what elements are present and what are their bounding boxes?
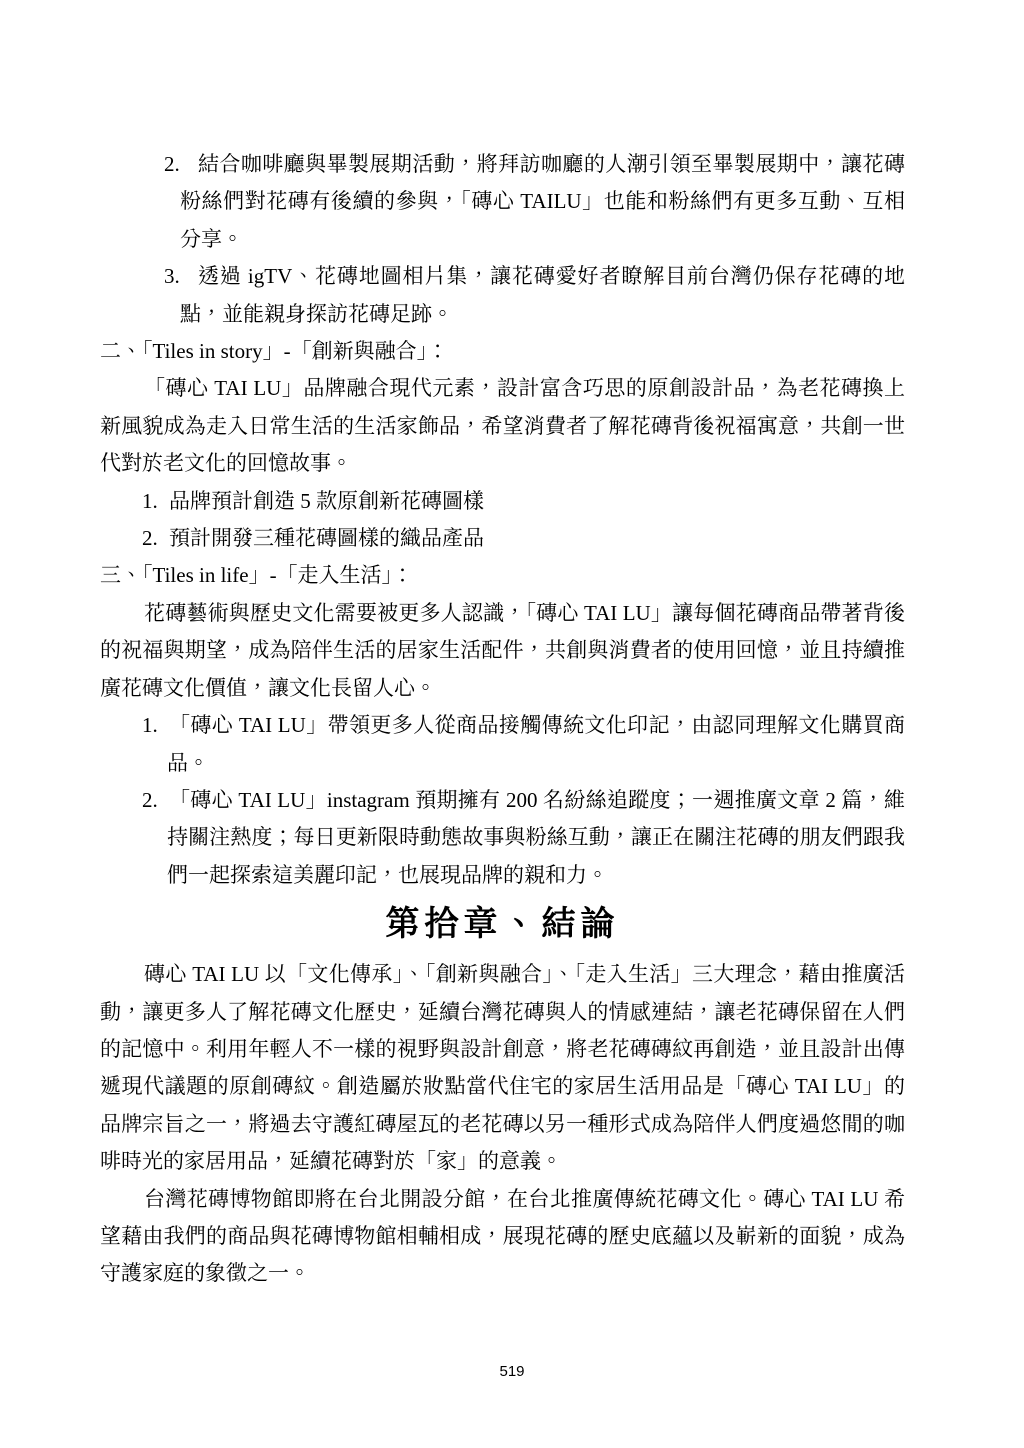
conclusion-paragraph: 磚心 TAI LU 以「文化傳承」、「創新與融合」、「走入生活」三大理念，藉由推… [100,956,905,1180]
section-story-paragraph: 「磚心 TAI LU」品牌融合現代元素，設計富含巧思的原創設計品，為老花磚換上新… [100,370,905,482]
list-item-number: 1. [142,707,158,744]
list-item-number: 3. [164,258,180,295]
list-item: 2. 結合咖啡廳與畢製展期活動，將拜訪咖廳的人潮引領至畢製展期中，讓花磚粉絲們對… [180,146,905,258]
list-item-text: 結合咖啡廳與畢製展期活動，將拜訪咖廳的人潮引領至畢製展期中，讓花磚粉絲們對花磚有… [180,146,905,258]
list-item-text: 透過 igTV、花磚地圖相片集，讓花磚愛好者瞭解目前台灣仍保存花磚的地點，並能親… [180,258,905,333]
list-item-number: 1. [142,483,158,520]
list-item-number: 2. [142,782,158,819]
list-item-number: 2. [142,520,158,557]
list-item: 3. 透過 igTV、花磚地圖相片集，讓花磚愛好者瞭解目前台灣仍保存花磚的地點，… [180,258,905,333]
section-heading-tiles-in-life: 三、「Tiles in life」-「走入生活」： [100,557,905,594]
conclusion-paragraph: 台灣花磚博物館即將在台北開設分館，在台北推廣傳統花磚文化。磚心 TAI LU 希… [100,1181,905,1293]
list-item: 1. 「磚心 TAI LU」帶領更多人從商品接觸傳統文化印記，由認同理解文化購買… [167,707,905,782]
list-item: 2. 預計開發三種花磚圖樣的織品產品 [167,520,905,557]
section-heading-tiles-in-story: 二、「Tiles in story」-「創新與融合」： [100,333,905,370]
document-content: 2. 結合咖啡廳與畢製展期活動，將拜訪咖廳的人潮引領至畢製展期中，讓花磚粉絲們對… [100,146,905,1293]
list-item-text: 「磚心 TAI LU」帶領更多人從商品接觸傳統文化印記，由認同理解文化購買商品。 [167,707,905,782]
list-item: 1. 品牌預計創造 5 款原創新花磚圖樣 [167,483,905,520]
document-page: 2. 結合咖啡廳與畢製展期活動，將拜訪咖廳的人潮引領至畢製展期中，讓花磚粉絲們對… [0,0,1024,1448]
chapter-heading-conclusion: 第拾章、結論 [100,901,905,949]
list-item-text: 預計開發三種花磚圖樣的織品產品 [167,520,905,557]
section-life-paragraph: 花磚藝術與歷史文化需要被更多人認識，「磚心 TAI LU」讓每個花磚商品帶著背後… [100,595,905,707]
list-item-text: 「磚心 TAI LU」instagram 預期擁有 200 名紛絲追蹤度；一週推… [167,782,905,894]
list-item-number: 2. [164,146,180,183]
list-item-text: 品牌預計創造 5 款原創新花磚圖樣 [167,483,905,520]
page-number: 519 [0,1363,1024,1380]
list-item: 2. 「磚心 TAI LU」instagram 預期擁有 200 名紛絲追蹤度；… [167,782,905,894]
